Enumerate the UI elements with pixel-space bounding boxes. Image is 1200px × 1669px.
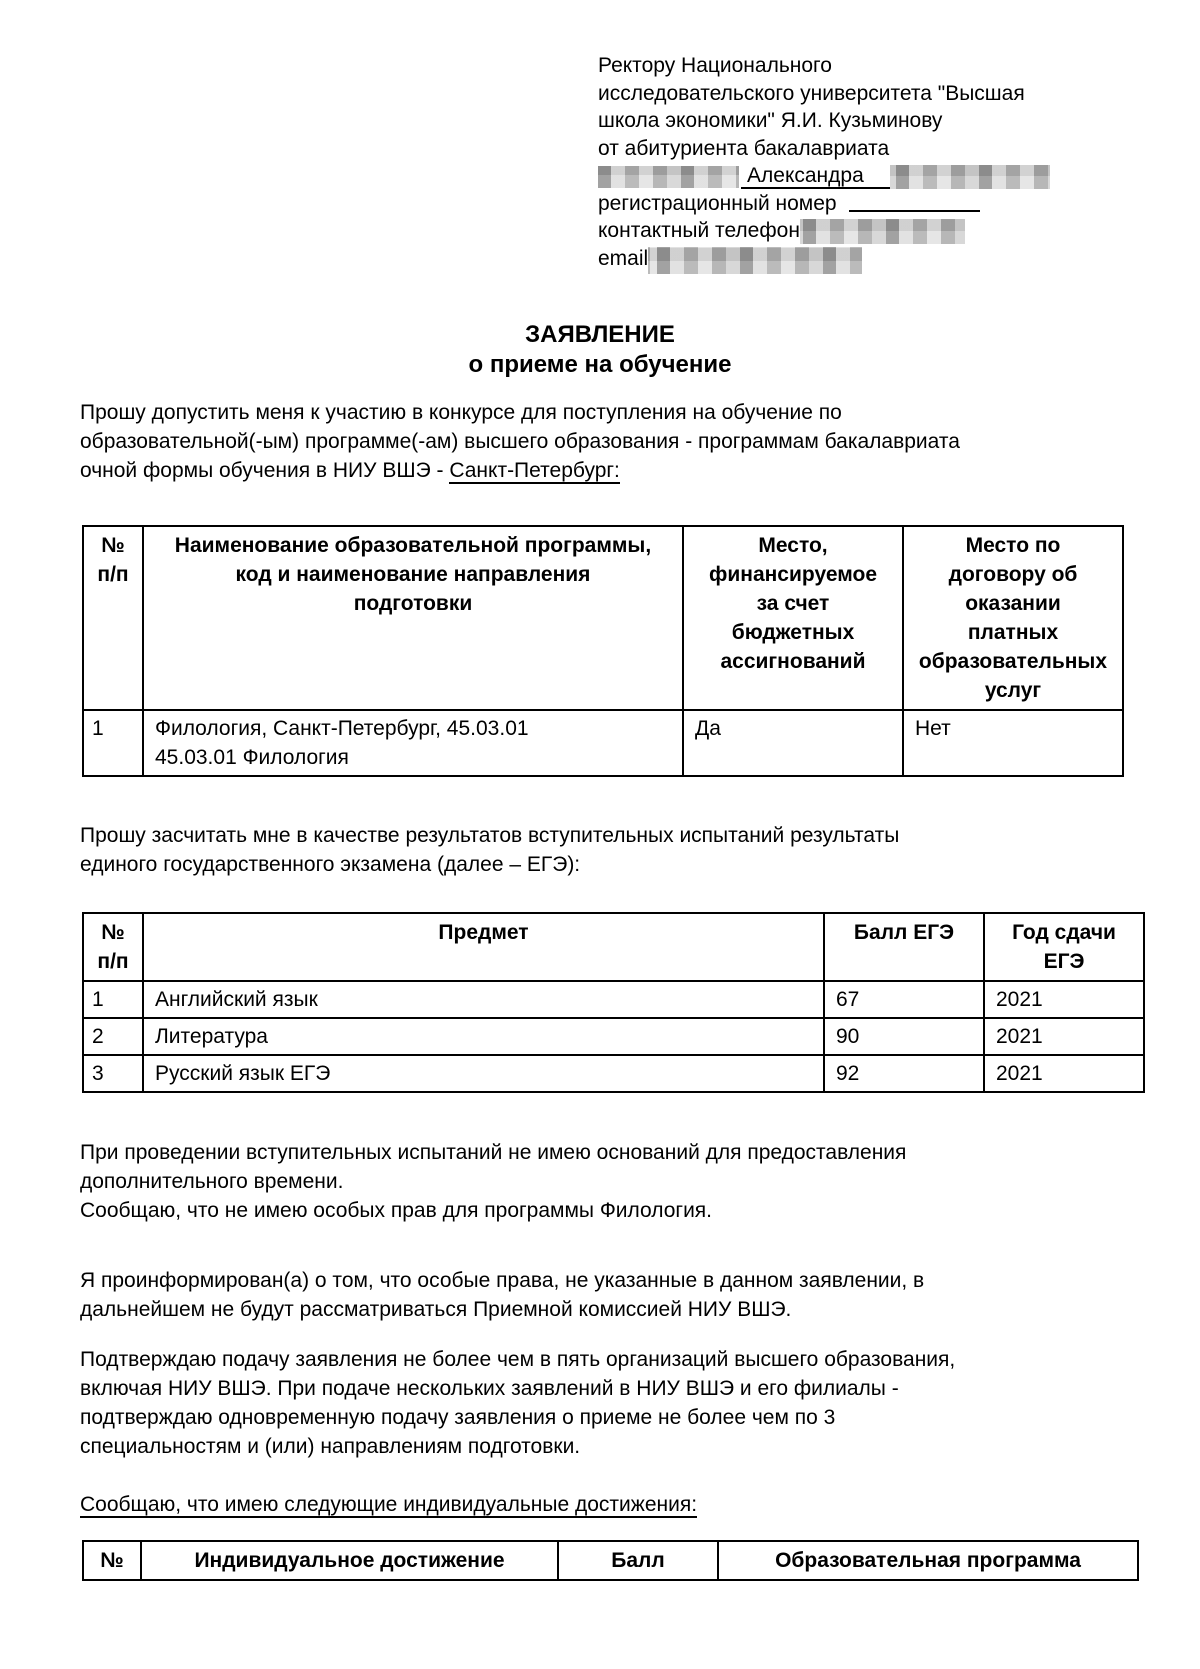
redacted-surname-block [598,166,739,188]
ege-results-table: № п/п Предмет Балл ЕГЭ Год сдачи ЕГЭ 1Ан… [82,912,1145,1093]
table-cell: 2021 [984,981,1144,1018]
document-title: ЗАЯВЛЕНИЕ о приеме на обучение [80,320,1120,380]
program-table-header-row: № п/п Наименование образовательной прогр… [83,526,1123,710]
phone-label: контактный телефон [598,219,800,242]
achievements-table-header-row: № Индивидуальное достижение Балл Образов… [83,1541,1138,1580]
intro-paragraph-lines: Прошу допустить меня к участию в конкурс… [80,398,1150,456]
table-cell: 1 [83,981,143,1018]
program-table: № п/п Наименование образовательной прогр… [82,525,1124,777]
application-document-page: Ректору Национального исследовательского… [0,0,1200,1669]
achv-col-achievement: Индивидуальное достижение [141,1541,558,1580]
intro-paragraph-last-line: очной формы обучения в НИУ ВШЭ - Санкт-П… [80,456,1150,485]
program-col-number: № п/п [83,526,143,710]
ege-col-number: № п/п [83,913,143,981]
achievements-underlined-text: Сообщаю, что имею следующие индивидуальн… [80,1493,697,1518]
phone-line: контактный телефон [598,217,1158,245]
registration-number-blank [849,192,980,212]
title-line-2: о приеме на обучение [80,350,1120,380]
achv-col-number: № [83,1541,141,1580]
program-col-name: Наименование образовательной программы, … [143,526,683,710]
email-label: email [598,247,648,270]
registration-number-line: регистрационный номер [598,190,1158,218]
intro-last-plain: очной формы обучения в НИУ ВШЭ - [80,459,449,482]
achv-col-program: Образовательная программа [718,1541,1138,1580]
ege-request-paragraph: Прошу засчитать мне в качестве результат… [80,821,1150,879]
table-cell: Филология, Санкт-Петербург, 45.03.01 45.… [143,710,683,776]
table-cell: 2 [83,1018,143,1055]
recipient-line-3: школа экономики" Я.И. Кузьминову [598,107,1158,135]
no-extra-time-paragraph: При проведении вступительных испытаний н… [80,1138,1150,1225]
intro-paragraph: Прошу допустить меня к участию в конкурс… [80,398,1150,485]
table-row: 3Русский язык ЕГЭ922021 [83,1055,1144,1092]
applicant-name-line: Александра [598,162,1158,190]
recipient-line-1: Ректору Национального [598,52,1158,80]
table-cell: 3 [83,1055,143,1092]
table-row: 2Литература902021 [83,1018,1144,1055]
table-cell: Русский язык ЕГЭ [143,1055,824,1092]
informed-paragraph: Я проинформирован(а) о том, что особые п… [80,1266,1150,1324]
redacted-email-block [648,247,862,274]
table-cell: 1 [83,710,143,776]
table-row: 1Филология, Санкт-Петербург, 45.03.01 45… [83,710,1123,776]
table-cell: 90 [824,1018,984,1055]
table-cell: Да [683,710,903,776]
table-cell: 2021 [984,1018,1144,1055]
table-cell: 67 [824,981,984,1018]
ege-col-year: Год сдачи ЕГЭ [984,913,1144,981]
table-cell: Английский язык [143,981,824,1018]
table-cell: 2021 [984,1055,1144,1092]
ege-table-header-row: № п/п Предмет Балл ЕГЭ Год сдачи ЕГЭ [83,913,1144,981]
recipient-block: Ректору Национального исследовательского… [598,52,1158,272]
title-line-1: ЗАЯВЛЕНИЕ [80,320,1120,350]
redacted-phone-block [800,219,965,244]
table-cell: 92 [824,1055,984,1092]
applicant-first-name: Александра [741,164,890,189]
email-line: email [598,245,1158,273]
achievements-table: № Индивидуальное достижение Балл Образов… [82,1540,1139,1581]
achv-col-score: Балл [558,1541,718,1580]
campus-name-underlined: Санкт-Петербург: [449,459,620,484]
confirm-paragraph: Подтверждаю подачу заявления не более че… [80,1345,1150,1461]
recipient-line-4: от абитуриента бакалавриата [598,135,1158,163]
recipient-line-2: исследовательского университета "Высшая [598,80,1158,108]
redacted-patronymic-block [890,165,1050,189]
table-row: 1Английский язык672021 [83,981,1144,1018]
ege-col-subject: Предмет [143,913,824,981]
achievements-paragraph: Сообщаю, что имею следующие индивидуальн… [80,1490,1150,1519]
program-col-paid: Место по договору об оказании платных об… [903,526,1123,710]
program-col-budget: Место, финансируемое за счет бюджетных а… [683,526,903,710]
table-cell: Нет [903,710,1123,776]
registration-number-label: регистрационный номер [598,192,837,215]
table-cell: Литература [143,1018,824,1055]
ege-col-score: Балл ЕГЭ [824,913,984,981]
